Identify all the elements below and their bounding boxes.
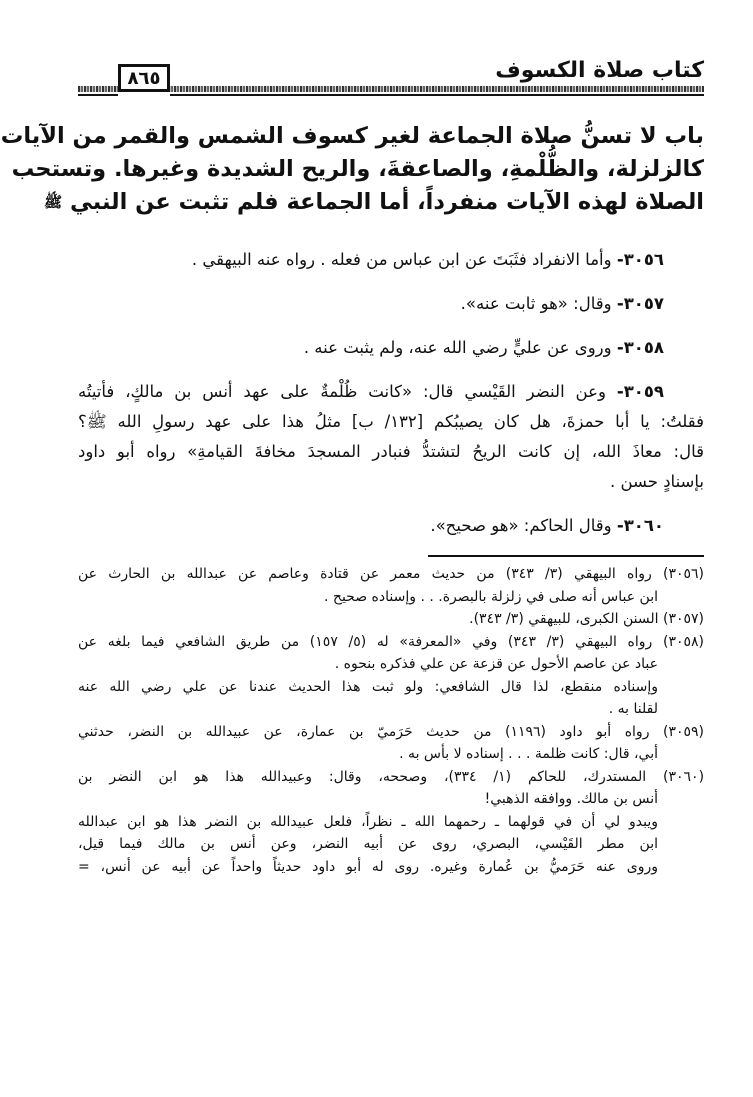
hadith-number: ٣٠٥٩-	[617, 382, 664, 401]
footnote-line: (٣٠٥٦) رواه البيهقي (٣/ ٣٤٣) من حديث معم…	[78, 563, 704, 586]
hadith-text: وروى عن عليٍّ رضي الله عنه، ولم يثبت عنه…	[304, 338, 612, 357]
footnote-line: ويبدو لي أن في قولهما ـ رحمهما الله ـ نظ…	[78, 811, 704, 834]
footnote-line: عباد عن عاصم الأحول عن قزعة عن علي فذكره…	[78, 653, 704, 676]
hadith-entry: ٣٠٥٨- وروى عن عليٍّ رضي الله عنه، ولم يث…	[78, 333, 704, 363]
footnote: (٣٠٦٠) المستدرك، للحاكم (١/ ٣٣٤)، وصححه،…	[78, 766, 704, 879]
header-rule	[78, 94, 704, 96]
footnote-number: (٣٠٥٩)	[663, 724, 704, 740]
footnote-line: (٣٠٥٩) رواه أبو داود (١١٩٦) من حديث حَرَ…	[78, 721, 704, 744]
footnote-line: ابن مطر القَيْسي، البصري، روى عن أبيه ال…	[78, 833, 704, 856]
footnote-text: رواه البيهقي (٣/ ٣٤٣) من حديث معمر عن قت…	[78, 566, 652, 582]
chapter-heading-line: الصلاة لهذه الآيات منفرداً، أما الجماعة …	[82, 186, 704, 219]
book-page: كتاب صلاة الكسوف ٨٦٥ باب لا تسنُّ صلاة ا…	[78, 58, 704, 878]
hadith-text: وقال الحاكم: «هو صحيح».	[430, 516, 611, 535]
hadith-number: ٣٠٦٠-	[617, 516, 664, 535]
footnotes: (٣٠٥٦) رواه البيهقي (٣/ ٣٤٣) من حديث معم…	[78, 563, 704, 878]
footnote-text: السنن الكبرى، للبيهقي (٣/ ٣٤٣).	[469, 611, 658, 627]
page-number: ٨٦٥	[118, 64, 170, 92]
hadith-entry: ٣٠٥٦- وأما الانفراد فثَبَتَ عن ابن عباس …	[78, 245, 704, 275]
hadith-entry: ٣٠٦٠- وقال الحاكم: «هو صحيح».	[78, 511, 704, 541]
running-header: كتاب صلاة الكسوف ٨٦٥	[78, 58, 704, 98]
hadith-entry: ٣٠٥٧- وقال: «هو ثابت عنه».	[78, 289, 704, 319]
hadith-line: فقلتُ: يا أبا حمزةَ، هل كان يصيبُكم [١٣٢…	[78, 407, 704, 437]
hadith-text: وقال: «هو ثابت عنه».	[461, 294, 612, 313]
hadith-line: ٣٠٥٩- وعن النضر القَيْسي قال: «كانت ظُلْ…	[78, 377, 704, 407]
footnote: (٣٠٥٧) السنن الكبرى، للبيهقي (٣/ ٣٤٣).	[78, 608, 704, 631]
footnote-line: لقلنا به .	[78, 698, 704, 721]
hadith-number: ٣٠٥٨-	[617, 338, 664, 357]
header-decorative-band	[78, 86, 704, 92]
footnote-text: المستدرك، للحاكم (١/ ٣٣٤)، وصححه، وقال: …	[78, 769, 646, 785]
footnote-number: (٣٠٥٧)	[663, 611, 704, 627]
hadith-line: قال: معاذَ الله، إن كانت الريحُ لتشتدُّ …	[78, 437, 704, 467]
footnote: (٣٠٥٦) رواه البيهقي (٣/ ٣٤٣) من حديث معم…	[78, 563, 704, 608]
footnote-line: أبي، قال: كانت ظلمة . . . إسناده لا بأس …	[78, 743, 704, 766]
salutation-glyph-icon: ﷺ	[44, 193, 62, 211]
footnote-line: أنس بن مالك. ووافقه الذهبي!	[78, 788, 704, 811]
footnote-number: (٣٠٦٠)	[663, 769, 704, 785]
footnote-line: (٣٠٦٠) المستدرك، للحاكم (١/ ٣٣٤)، وصححه،…	[78, 766, 704, 789]
footnote: (٣٠٥٨) رواه البيهقي (٣/ ٣٤٣) وفي «المعرف…	[78, 631, 704, 721]
hadith-entry: ٣٠٥٩- وعن النضر القَيْسي قال: «كانت ظُلْ…	[78, 377, 704, 497]
footnote-text: رواه أبو داود (١١٩٦) من حديث حَرَميّ بن …	[78, 724, 649, 740]
footnote-number: (٣٠٥٨)	[663, 634, 704, 650]
footnote-line: (٣٠٥٨) رواه البيهقي (٣/ ٣٤٣) وفي «المعرف…	[78, 631, 704, 654]
footnote-line: وإسناده منقطع، لذا قال الشافعي: ولو ثبت …	[78, 676, 704, 699]
chapter-heading-line: باب لا تسنُّ صلاة الجماعة لغير كسوف الشم…	[82, 120, 704, 153]
hadith-text: وأما الانفراد فثَبَتَ عن ابن عباس من فعل…	[192, 250, 612, 269]
hadith-entries: ٣٠٥٦- وأما الانفراد فثَبَتَ عن ابن عباس …	[78, 245, 704, 541]
chapter-heading-text: الصلاة لهذه الآيات منفرداً، أما الجماعة …	[70, 189, 704, 215]
hadith-number: ٣٠٥٧-	[617, 294, 664, 313]
footnote: (٣٠٥٩) رواه أبو داود (١١٩٦) من حديث حَرَ…	[78, 721, 704, 766]
footnote-separator	[428, 555, 704, 557]
chapter-heading: باب لا تسنُّ صلاة الجماعة لغير كسوف الشم…	[78, 120, 704, 219]
hadith-line: بإسنادٍ حسن .	[78, 467, 704, 497]
footnote-number: (٣٠٥٦)	[663, 566, 704, 582]
footnote-line: (٣٠٥٧) السنن الكبرى، للبيهقي (٣/ ٣٤٣).	[78, 608, 704, 631]
footnote-line: ابن عباس أنه صلى في زلزلة بالبصرة. . . و…	[78, 586, 704, 609]
footnote-text: رواه البيهقي (٣/ ٣٤٣) وفي «المعرفة» له (…	[78, 634, 652, 650]
hadith-text: وعن النضر القَيْسي قال: «كانت ظُلْمةٌ عل…	[78, 382, 606, 401]
book-title: كتاب صلاة الكسوف	[495, 58, 704, 84]
footnote-line: وروى عنه حَرَميُّ بن عُمارة وغيره. روى ل…	[78, 856, 704, 879]
chapter-heading-line: كالزلزلة، والظُّلْمةِ، والصاعقةَ، والريح…	[82, 153, 704, 186]
hadith-number: ٣٠٥٦-	[617, 250, 664, 269]
